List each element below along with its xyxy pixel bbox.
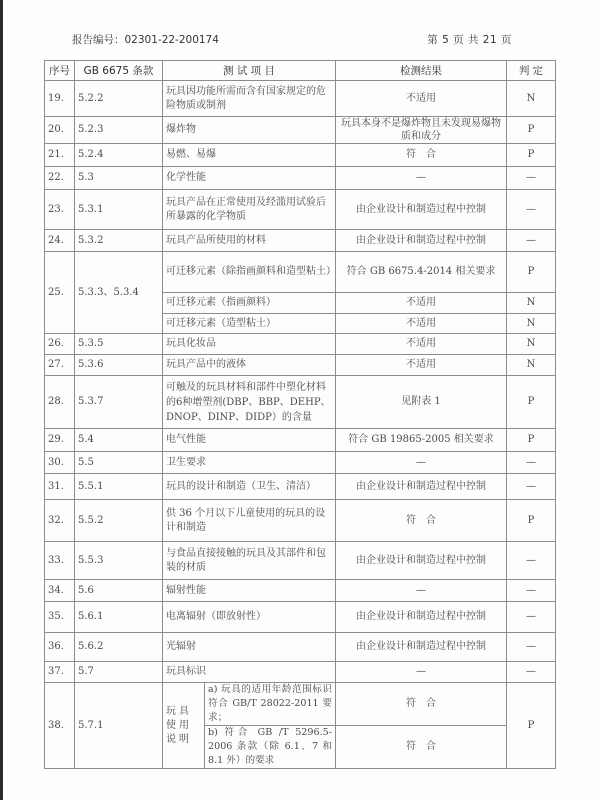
row-item: 玩具化妆品 bbox=[163, 334, 336, 355]
table-row: 32. 5.5.2 供 36 个月以下儿童使用的玩具的设计和制造 符 合 P bbox=[45, 500, 556, 542]
row-no: 36. bbox=[45, 633, 75, 662]
col-header-clause: GB 6675 条款 bbox=[75, 61, 163, 81]
row-verdict: N bbox=[507, 293, 556, 314]
row-verdict: N bbox=[507, 314, 556, 334]
row-item: 玩具标识 bbox=[163, 662, 336, 683]
row-clause: 5.6.1 bbox=[75, 602, 163, 633]
table-row: 35. 5.6.1 电离辐射（即放射性） 由企业设计和制造过程中控制 — bbox=[45, 602, 556, 633]
col-header-verdict: 判 定 bbox=[507, 61, 556, 81]
col-header-item: 测 试 项 目 bbox=[163, 61, 336, 81]
row-verdict: — bbox=[507, 190, 556, 230]
row-no: 30. bbox=[45, 452, 75, 474]
test-results-table: 序号 GB 6675 条款 测 试 项 目 检测结果 判 定 19. 5.2.2… bbox=[44, 60, 556, 769]
table-row: 25. 5.3.3、5.3.4 可迁移元素（除指画颜料和造型粘土） 符合 GB … bbox=[45, 252, 556, 293]
row-verdict: N bbox=[507, 81, 556, 117]
row-verdict: — bbox=[507, 230, 556, 252]
row-item: 玩具产品中的液体 bbox=[163, 355, 336, 376]
row-item: 卫生要求 bbox=[163, 452, 336, 474]
row-no: 33. bbox=[45, 542, 75, 580]
table-row: 31. 5.5.1 玩具的设计和制造（卫生、清洁） 由企业设计和制造过程中控制 … bbox=[45, 474, 556, 500]
row-no: 38. bbox=[45, 683, 75, 769]
table-row: 22. 5.3 化学性能 — — bbox=[45, 167, 556, 190]
row-group-label: 玩具使用说明 bbox=[163, 683, 205, 769]
row-result: 不适用 bbox=[336, 293, 507, 314]
row-verdict: N bbox=[507, 334, 556, 355]
row-verdict: P bbox=[507, 144, 556, 167]
row-verdict: — bbox=[507, 452, 556, 474]
row-result: — bbox=[336, 452, 507, 474]
row-clause: 5.5 bbox=[75, 452, 163, 474]
row-item: 供 36 个月以下儿童使用的玩具的设计和制造 bbox=[163, 500, 336, 542]
row-verdict: — bbox=[507, 474, 556, 500]
row-result: 符 合 bbox=[336, 144, 507, 167]
row-no: 19. bbox=[45, 81, 75, 117]
row-item: 可触及的玩具材料和部件中塑化材料的6种增塑剂(DBP、BBP、DEHP、DNOP… bbox=[163, 376, 336, 429]
row-no: 20. bbox=[45, 117, 75, 144]
row-verdict: P bbox=[507, 683, 556, 769]
row-item: 电离辐射（即放射性） bbox=[163, 602, 336, 633]
row-item: 玩具产品在正常使用及经滥用试验后所暴露的化学物质 bbox=[163, 190, 336, 230]
row-clause: 5.5.3 bbox=[75, 542, 163, 580]
row-clause: 5.3 bbox=[75, 167, 163, 190]
row-item: 玩具因功能所需而含有国家规定的危险物质或制剂 bbox=[163, 81, 336, 117]
row-clause: 5.5.2 bbox=[75, 500, 163, 542]
row-item: 化学性能 bbox=[163, 167, 336, 190]
row-result: — bbox=[336, 662, 507, 683]
row-item: 可迁移元素（除指画颜料和造型粘土） bbox=[163, 252, 336, 293]
table-row: 33. 5.5.3 与食品直接接触的玩具及其部件和包装的材质 由企业设计和制造过… bbox=[45, 542, 556, 580]
row-no: 22. bbox=[45, 167, 75, 190]
row-verdict: — bbox=[507, 542, 556, 580]
row-no: 32. bbox=[45, 500, 75, 542]
row-no: 28. bbox=[45, 376, 75, 429]
row-item: 爆炸物 bbox=[163, 117, 336, 144]
row-result: 由企业设计和制造过程中控制 bbox=[336, 633, 507, 662]
row-no: 31. bbox=[45, 474, 75, 500]
table-row: 36. 5.6.2 光辐射 由企业设计和制造过程中控制 — bbox=[45, 633, 556, 662]
row-clause: 5.3.1 bbox=[75, 190, 163, 230]
row-verdict: P bbox=[507, 376, 556, 429]
table-row: 23. 5.3.1 玩具产品在正常使用及经滥用试验后所暴露的化学物质 由企业设计… bbox=[45, 190, 556, 230]
row-clause: 5.2.3 bbox=[75, 117, 163, 144]
row-clause: 5.3.5 bbox=[75, 334, 163, 355]
row-no: 29. bbox=[45, 429, 75, 452]
table-row: 38. 5.7.1 玩具使用说明 a) 玩具的适用年龄范围标识符合 GB/T 2… bbox=[45, 683, 556, 726]
row-clause: 5.5.1 bbox=[75, 474, 163, 500]
row-result: 玩具本身不是爆炸物且未发现易爆物质和成分 bbox=[336, 117, 507, 144]
row-item: 电气性能 bbox=[163, 429, 336, 452]
table-row: 19. 5.2.2 玩具因功能所需而含有国家规定的危险物质或制剂 不适用 N bbox=[45, 81, 556, 117]
row-verdict: — bbox=[507, 662, 556, 683]
row-result: 由企业设计和制造过程中控制 bbox=[336, 602, 507, 633]
row-clause: 5.7 bbox=[75, 662, 163, 683]
row-result: 不适用 bbox=[336, 334, 507, 355]
row-item: 辐射性能 bbox=[163, 580, 336, 602]
row-result: 符 合 bbox=[336, 726, 507, 769]
page-header: 报告编号：02301-22-200174 第 5 页 共 21 页 bbox=[72, 32, 512, 48]
row-no: 25. bbox=[45, 252, 75, 334]
row-clause: 5.3.7 bbox=[75, 376, 163, 429]
row-result: 不适用 bbox=[336, 355, 507, 376]
table-row: 30. 5.5 卫生要求 — — bbox=[45, 452, 556, 474]
table-row: 37. 5.7 玩具标识 — — bbox=[45, 662, 556, 683]
row-verdict: — bbox=[507, 602, 556, 633]
row-no: 37. bbox=[45, 662, 75, 683]
table-row: 34. 5.6 辐射性能 — — bbox=[45, 580, 556, 602]
row-no: 24. bbox=[45, 230, 75, 252]
row-clause: 5.6.2 bbox=[75, 633, 163, 662]
table-row: 24. 5.3.2 玩具产品所使用的材料 由企业设计和制造过程中控制 — bbox=[45, 230, 556, 252]
row-verdict: — bbox=[507, 167, 556, 190]
row-no: 23. bbox=[45, 190, 75, 230]
table-header-row: 序号 GB 6675 条款 测 试 项 目 检测结果 判 定 bbox=[45, 61, 556, 81]
row-clause: 5.2.2 bbox=[75, 81, 163, 117]
row-item: 可迁移元素（指画颜料） bbox=[163, 293, 336, 314]
row-clause: 5.3.6 bbox=[75, 355, 163, 376]
report-number: 报告编号：02301-22-200174 bbox=[72, 32, 219, 47]
row-no: 34. bbox=[45, 580, 75, 602]
row-item: 玩具产品所使用的材料 bbox=[163, 230, 336, 252]
row-no: 35. bbox=[45, 602, 75, 633]
row-result: 符合 GB 19865-2005 相关要求 bbox=[336, 429, 507, 452]
row-result: 由企业设计和制造过程中控制 bbox=[336, 190, 507, 230]
row-verdict: P bbox=[507, 252, 556, 293]
row-verdict: — bbox=[507, 580, 556, 602]
row-item: 与食品直接接触的玩具及其部件和包装的材质 bbox=[163, 542, 336, 580]
row-clause: 5.3.2 bbox=[75, 230, 163, 252]
row-result: 由企业设计和制造过程中控制 bbox=[336, 474, 507, 500]
row-item: a) 玩具的适用年龄范围标识符合 GB/T 28022-2011 要求； bbox=[205, 683, 336, 726]
table-row: 29. 5.4 电气性能 符合 GB 19865-2005 相关要求 P bbox=[45, 429, 556, 452]
row-item: 可迁移元素（造型粘土） bbox=[163, 314, 336, 334]
row-no: 21. bbox=[45, 144, 75, 167]
row-no: 26. bbox=[45, 334, 75, 355]
row-result: — bbox=[336, 167, 507, 190]
col-header-result: 检测结果 bbox=[336, 61, 507, 81]
row-result: 不适用 bbox=[336, 314, 507, 334]
row-item: 玩具的设计和制造（卫生、清洁） bbox=[163, 474, 336, 500]
row-verdict: P bbox=[507, 117, 556, 144]
row-clause: 5.3.3、5.3.4 bbox=[75, 252, 163, 334]
table-row: 28. 5.3.7 可触及的玩具材料和部件中塑化材料的6种增塑剂(DBP、BBP… bbox=[45, 376, 556, 429]
row-result: 符 合 bbox=[336, 683, 507, 726]
row-verdict: — bbox=[507, 633, 556, 662]
row-result: 符 合 bbox=[336, 500, 507, 542]
row-result: 符合 GB 6675.4-2014 相关要求 bbox=[336, 252, 507, 293]
row-result: 由企业设计和制造过程中控制 bbox=[336, 542, 507, 580]
table-row: 20. 5.2.3 爆炸物 玩具本身不是爆炸物且未发现易爆物质和成分 P bbox=[45, 117, 556, 144]
table-row: 21. 5.2.4 易燃、易爆 符 合 P bbox=[45, 144, 556, 167]
row-result: 由企业设计和制造过程中控制 bbox=[336, 230, 507, 252]
row-clause: 5.7.1 bbox=[75, 683, 163, 769]
scan-edge bbox=[0, 0, 3, 800]
table-row: 27. 5.3.6 玩具产品中的液体 不适用 N bbox=[45, 355, 556, 376]
row-clause: 5.2.4 bbox=[75, 144, 163, 167]
row-verdict: P bbox=[507, 500, 556, 542]
row-item: 光辐射 bbox=[163, 633, 336, 662]
col-header-no: 序号 bbox=[45, 61, 75, 81]
row-clause: 5.4 bbox=[75, 429, 163, 452]
table-row: 26. 5.3.5 玩具化妆品 不适用 N bbox=[45, 334, 556, 355]
row-verdict: N bbox=[507, 355, 556, 376]
row-no: 27. bbox=[45, 355, 75, 376]
row-item: 易燃、易爆 bbox=[163, 144, 336, 167]
row-result: — bbox=[336, 580, 507, 602]
row-clause: 5.6 bbox=[75, 580, 163, 602]
row-result: 不适用 bbox=[336, 81, 507, 117]
page-number: 第 5 页 共 21 页 bbox=[427, 32, 512, 47]
row-item: b) 符合 GB /T 5296.5-2006 条款（除 6.1、7 和 8.1… bbox=[205, 726, 336, 769]
row-result: 见附表 1 bbox=[336, 376, 507, 429]
row-verdict: P bbox=[507, 429, 556, 452]
